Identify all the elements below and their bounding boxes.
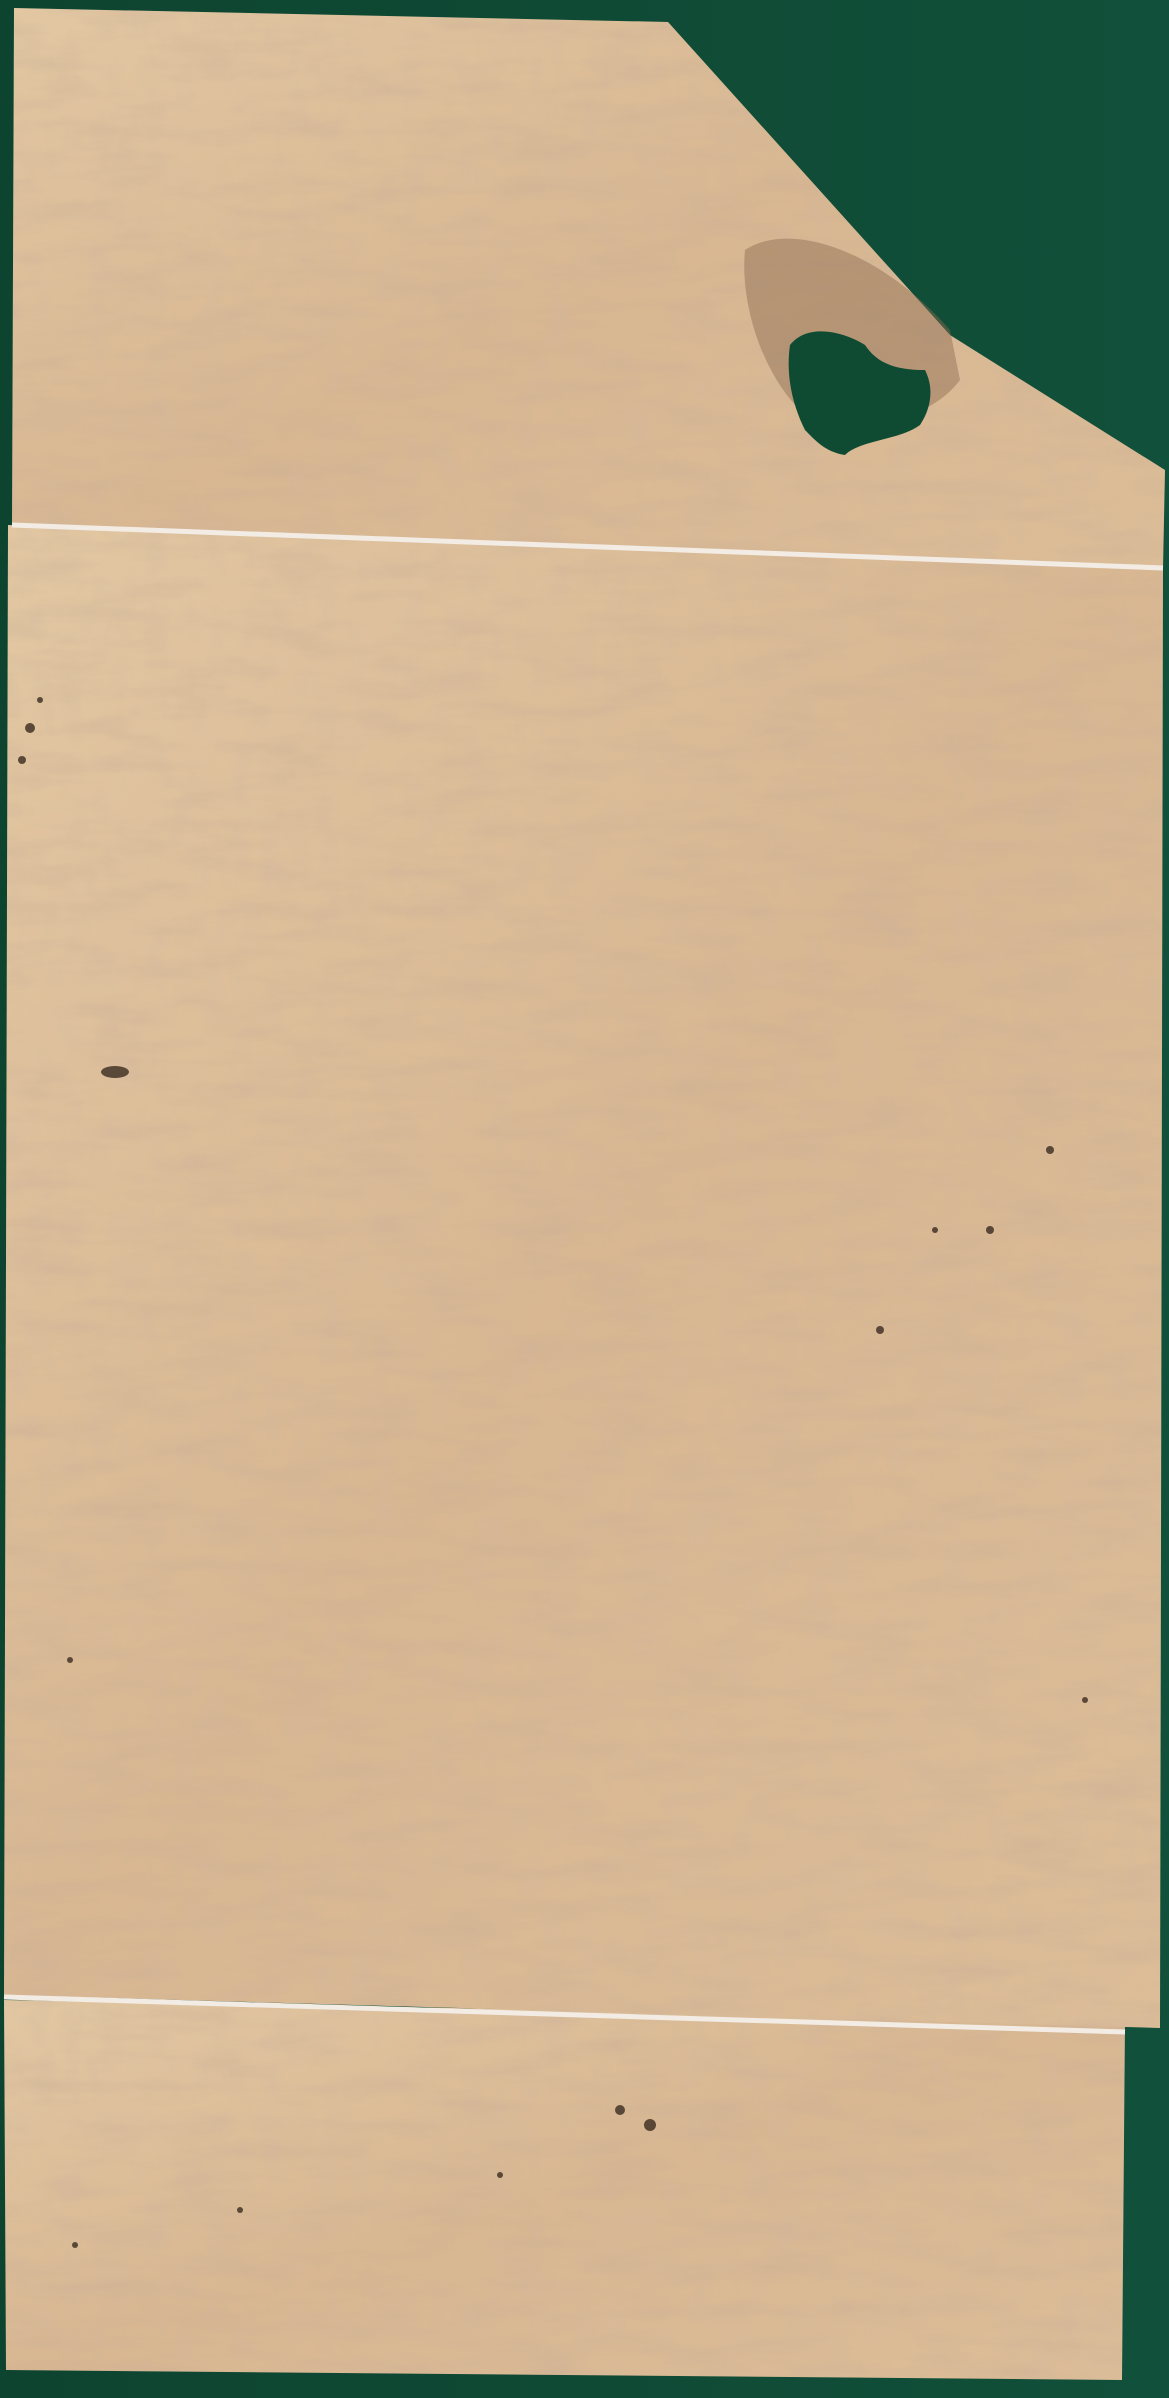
veneer-illustration [0, 0, 1169, 2398]
veneer-sheet-middle [4, 525, 1163, 2028]
veneer-sheet-bottom [4, 2000, 1125, 2380]
veneer-photo [0, 0, 1169, 2398]
